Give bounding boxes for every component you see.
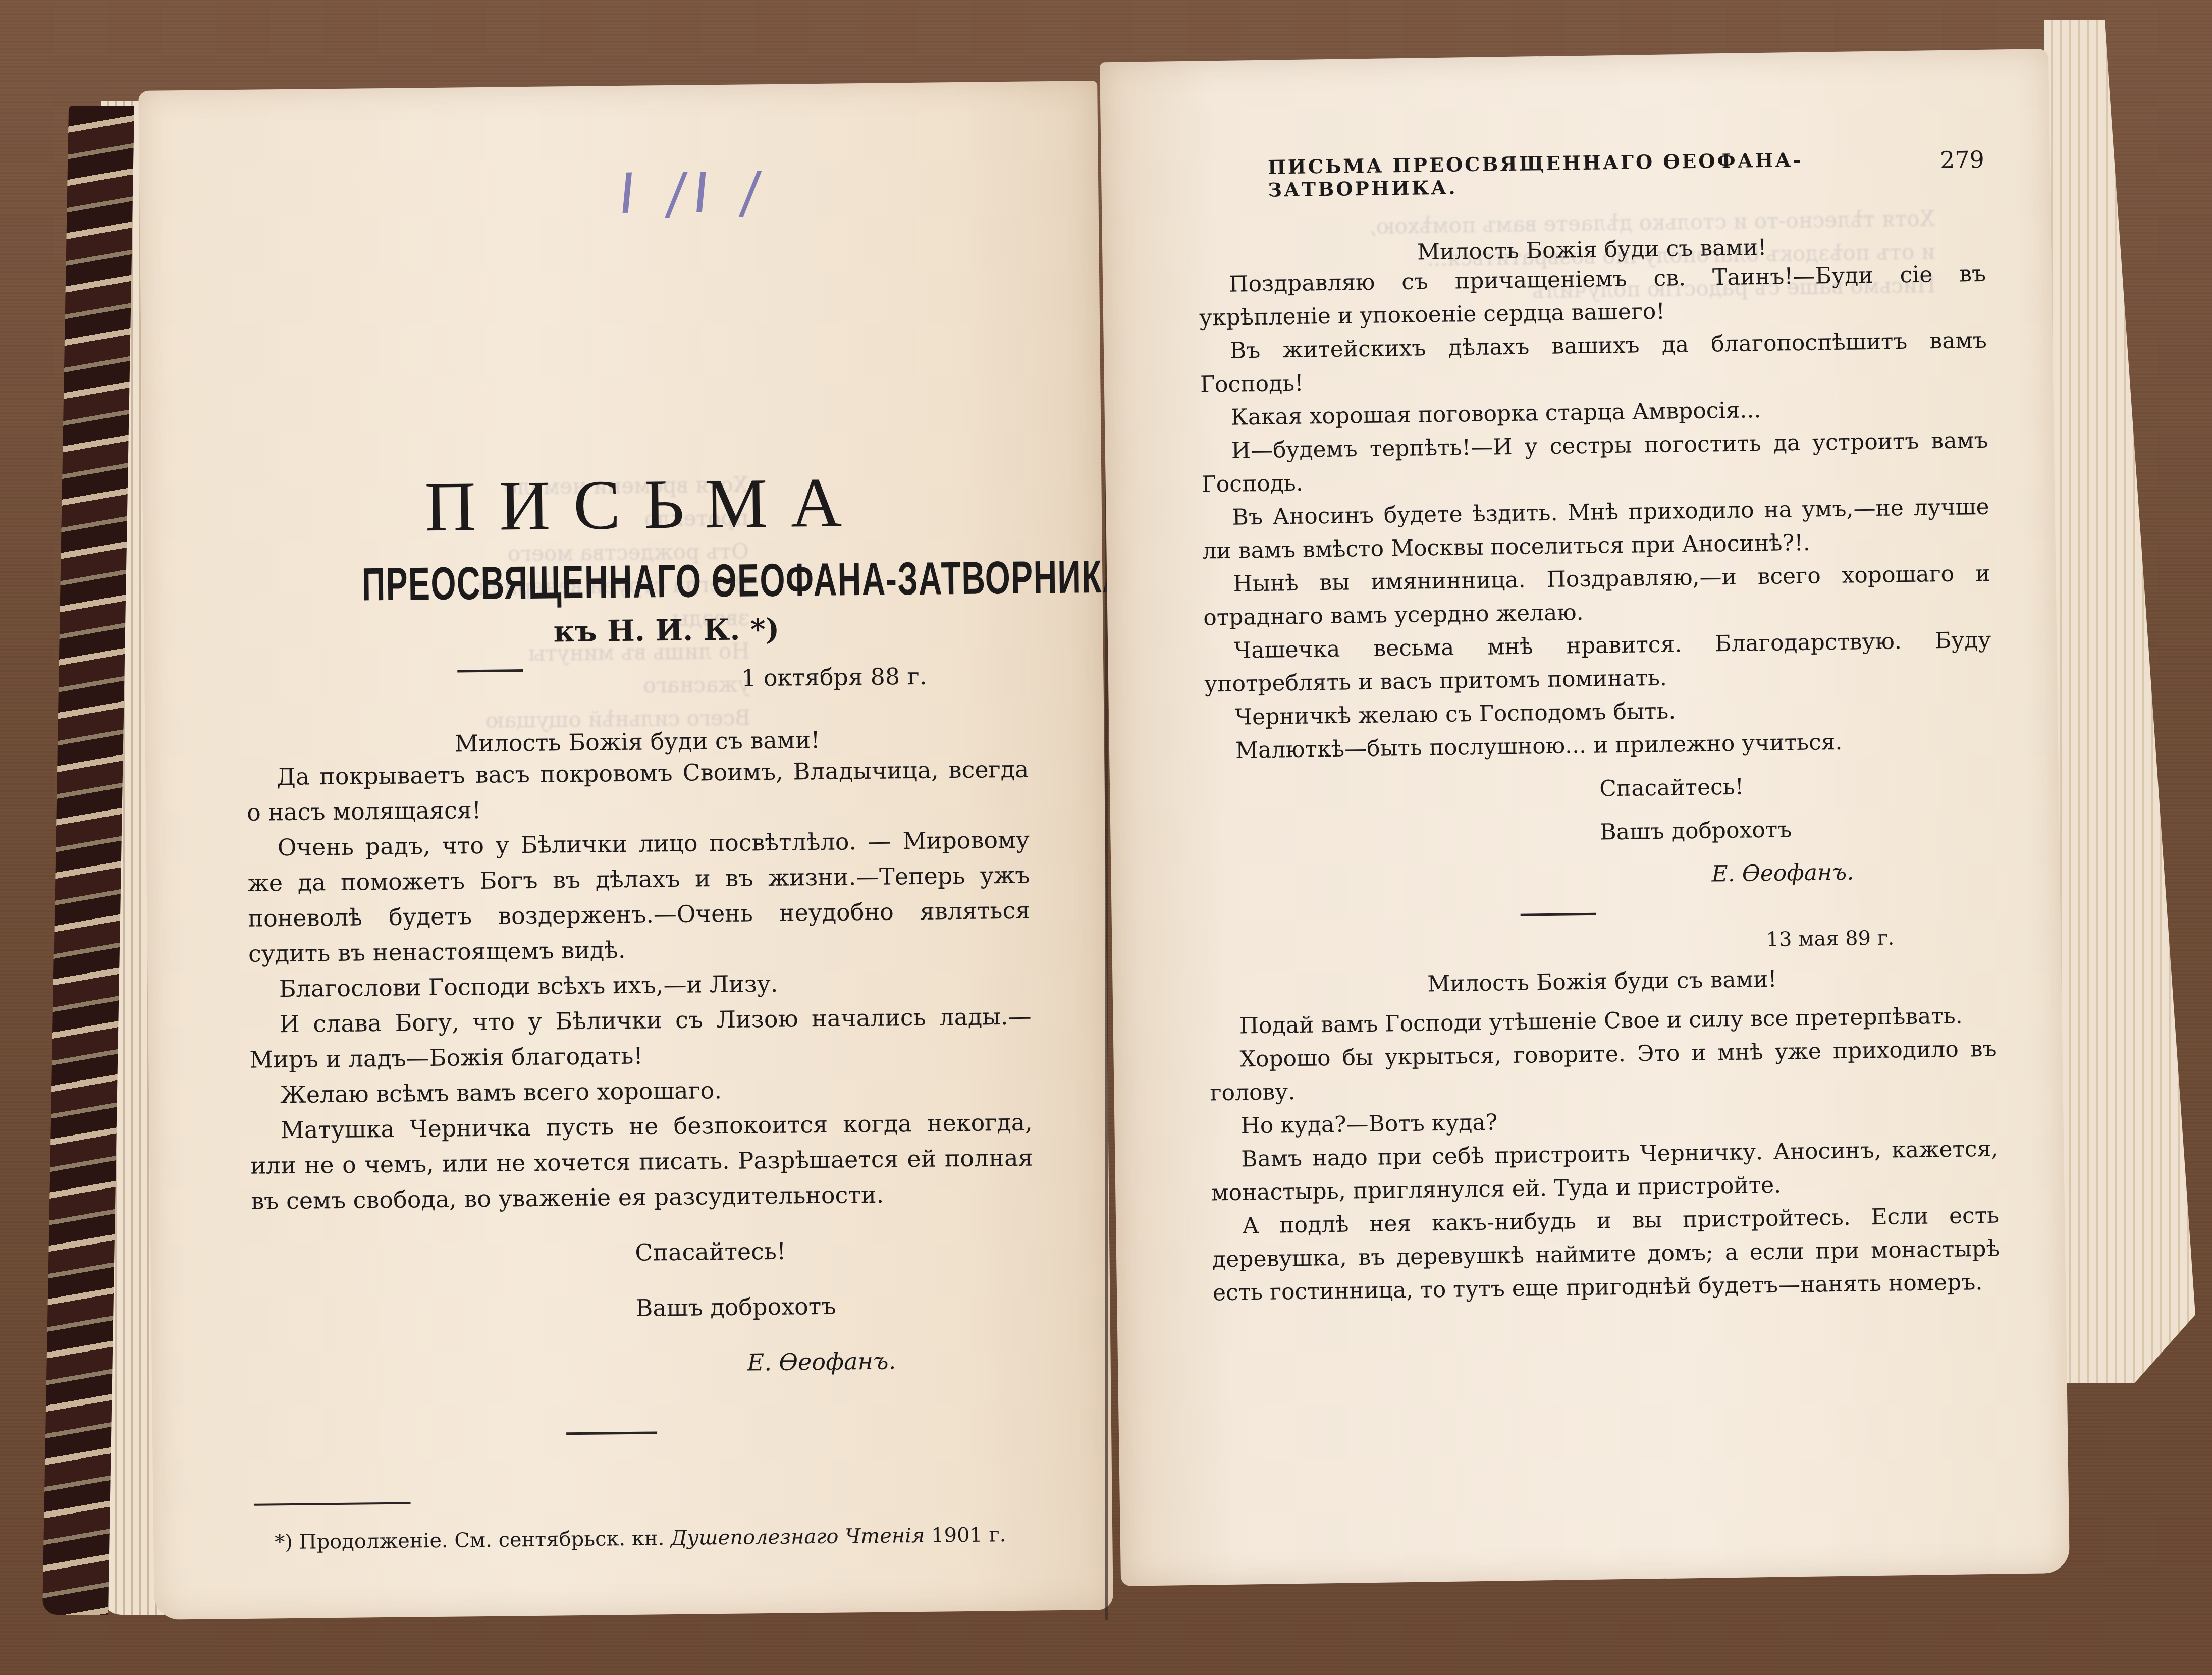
paragraph: Да покрываетъ васъ покровомъ Своимъ, Вла… — [246, 751, 1029, 830]
paragraph: И слава Богу, что у Бѣлички съ Лизою нач… — [249, 999, 1032, 1077]
paragraph: Нынѣ вы имянинница. Поздравляю,—и всего … — [1203, 557, 1991, 635]
paragraph: Въ Аносинъ будете ѣздить. Мнѣ приходило … — [1202, 491, 1990, 568]
paragraph: И—будемъ терпѣть!—И у сестры погостить д… — [1201, 424, 1989, 502]
section-rule — [566, 1431, 657, 1435]
left-page: I /I / Хотя времени немало протеклоОтъ р… — [138, 81, 1113, 1620]
closing: Спасайтесь! — [1206, 767, 1993, 812]
paragraph: Очень радъ, что у Бѣлички лицо посвѣтлѣл… — [247, 822, 1031, 971]
page-number: 279 — [1940, 146, 1985, 192]
valediction: Вашъ доброхотъ — [252, 1286, 1035, 1330]
pencil-annotation: I /I / — [616, 160, 770, 226]
footnote-rule — [254, 1502, 411, 1506]
signature: Е. Ѳеофанъ. — [1207, 854, 1994, 898]
letter-date: 13 мая 89 г. — [1208, 925, 1995, 959]
footnote-marker: *) — [275, 1531, 293, 1554]
signature: Е. Ѳеофанъ. — [252, 1342, 1035, 1385]
right-page: Хотя тѣлесно-то и столько дѣлаете вамъ п… — [1100, 49, 2070, 1586]
title-subtitle: ПРЕОСВЯЩЕННАГО ѲЕОФАНА-ЗАТВОРНИКА — [361, 553, 909, 611]
paragraph: Вамъ надо при себѣ пристроить Черничку. … — [1211, 1132, 1999, 1210]
footnote-journal: Душеполезнаго Чтенія — [671, 1524, 925, 1550]
title-main: ПИСЬМА — [263, 460, 1027, 550]
running-head: ПИСЬМА ПРЕОСВЯЩЕННАГО ѲЕОФАНА-ЗАТВОРНИКА… — [1197, 146, 1985, 202]
footnote-text: Продолженіе. См. сентябрьск. кн. — [299, 1527, 664, 1554]
right-page-content: ПИСЬМА ПРЕОСВЯЩЕННАГО ѲЕОФАНА-ЗАТВОРНИКА… — [1197, 146, 2001, 1310]
section-rule — [1521, 913, 1596, 916]
paragraph: А подлѣ нея какъ-нибудь и вы пристройтес… — [1212, 1199, 2001, 1310]
paragraph: Поздравляю съ причащеніемъ св. Таинъ!—Бу… — [1199, 257, 1987, 335]
footnote-year: 1901 г. — [931, 1523, 1006, 1547]
paragraph: Хорошо бы укрыться, говорите. Это и мнѣ … — [1209, 1033, 1998, 1110]
valediction: Вашъ доброхотъ — [1206, 811, 1994, 855]
title-addressee: къ Н. И. К. *) — [245, 610, 1028, 652]
letter-date: 1 октября 88 г. — [245, 662, 1028, 697]
left-page-content: ПИСЬМА ПРЕОСВЯЩЕННАГО ѲЕОФАНА-ЗАТВОРНИКА… — [242, 294, 1037, 1554]
running-head-title: ПИСЬМА ПРЕОСВЯЩЕННАГО ѲЕОФАНА-ЗАТВОРНИКА… — [1268, 146, 1940, 201]
salutation: Милость Божія буди съ вами! — [1208, 963, 1996, 1000]
closing: Спасайтесь! — [251, 1231, 1034, 1274]
paragraph: Въ житейскихъ дѣлахъ вашихъ да благопосп… — [1200, 324, 1988, 402]
paragraph: Чашечка весьма мнѣ нравится. Благодарств… — [1204, 624, 1992, 701]
paragraph: Матушка Черничка пусть не безпокоится ко… — [250, 1105, 1033, 1219]
footnote: *) Продолженіе. См. сентябрьск. кн. Душе… — [254, 1523, 1037, 1554]
